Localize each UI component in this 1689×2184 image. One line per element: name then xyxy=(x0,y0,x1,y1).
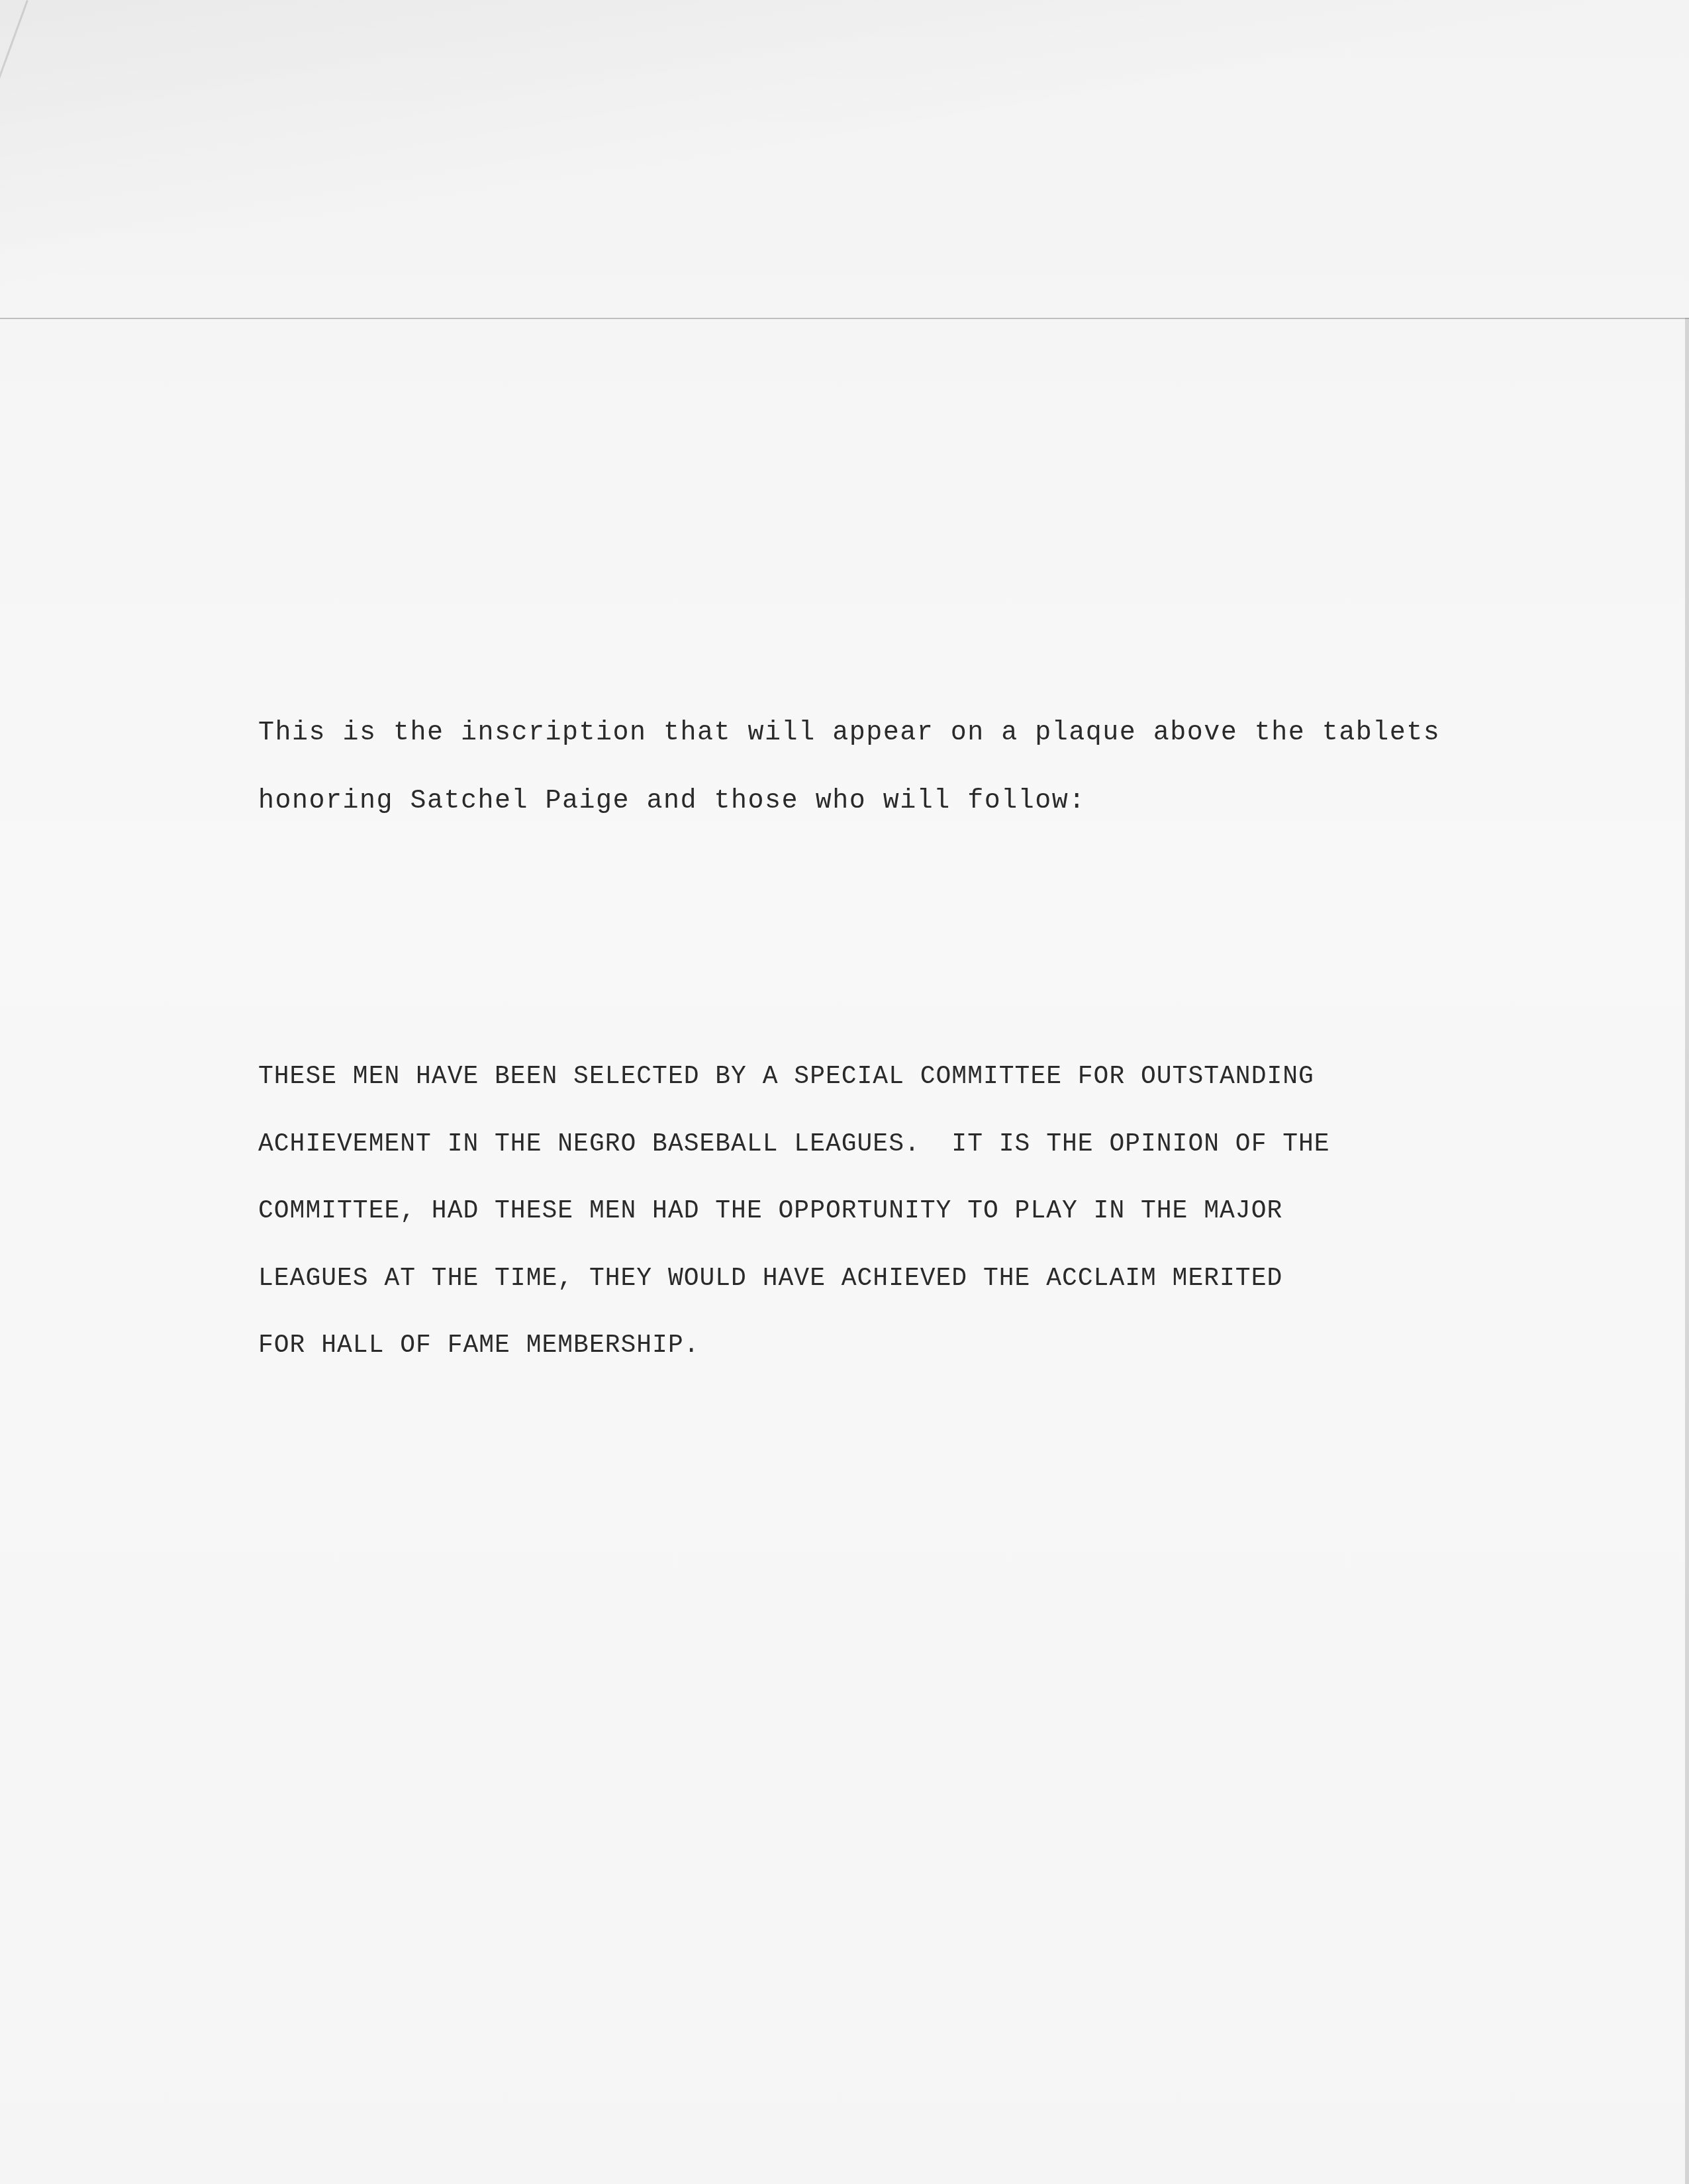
intro-line: This is the inscription that will appear… xyxy=(258,718,1440,748)
page-edge-shadow xyxy=(1685,318,1689,2184)
intro-line: honoring Satchel Paige and those who wil… xyxy=(258,786,1086,816)
paper-crease xyxy=(0,0,28,125)
inscription-line: THESE MEN HAVE BEEN SELECTED BY A SPECIA… xyxy=(258,1063,1314,1091)
inscription-line: COMMITTEE, HAD THESE MEN HAD THE OPPORTU… xyxy=(258,1197,1282,1225)
inscription-line: ACHIEVEMENT IN THE NEGRO BASEBALL LEAGUE… xyxy=(258,1130,1330,1159)
fold-line xyxy=(0,318,1689,319)
scanned-page: This is the inscription that will appear… xyxy=(0,0,1689,2184)
inscription-line: FOR HALL OF FAME MEMBERSHIP. xyxy=(258,1331,700,1360)
inscription-line: LEAGUES AT THE TIME, THEY WOULD HAVE ACH… xyxy=(258,1264,1282,1293)
